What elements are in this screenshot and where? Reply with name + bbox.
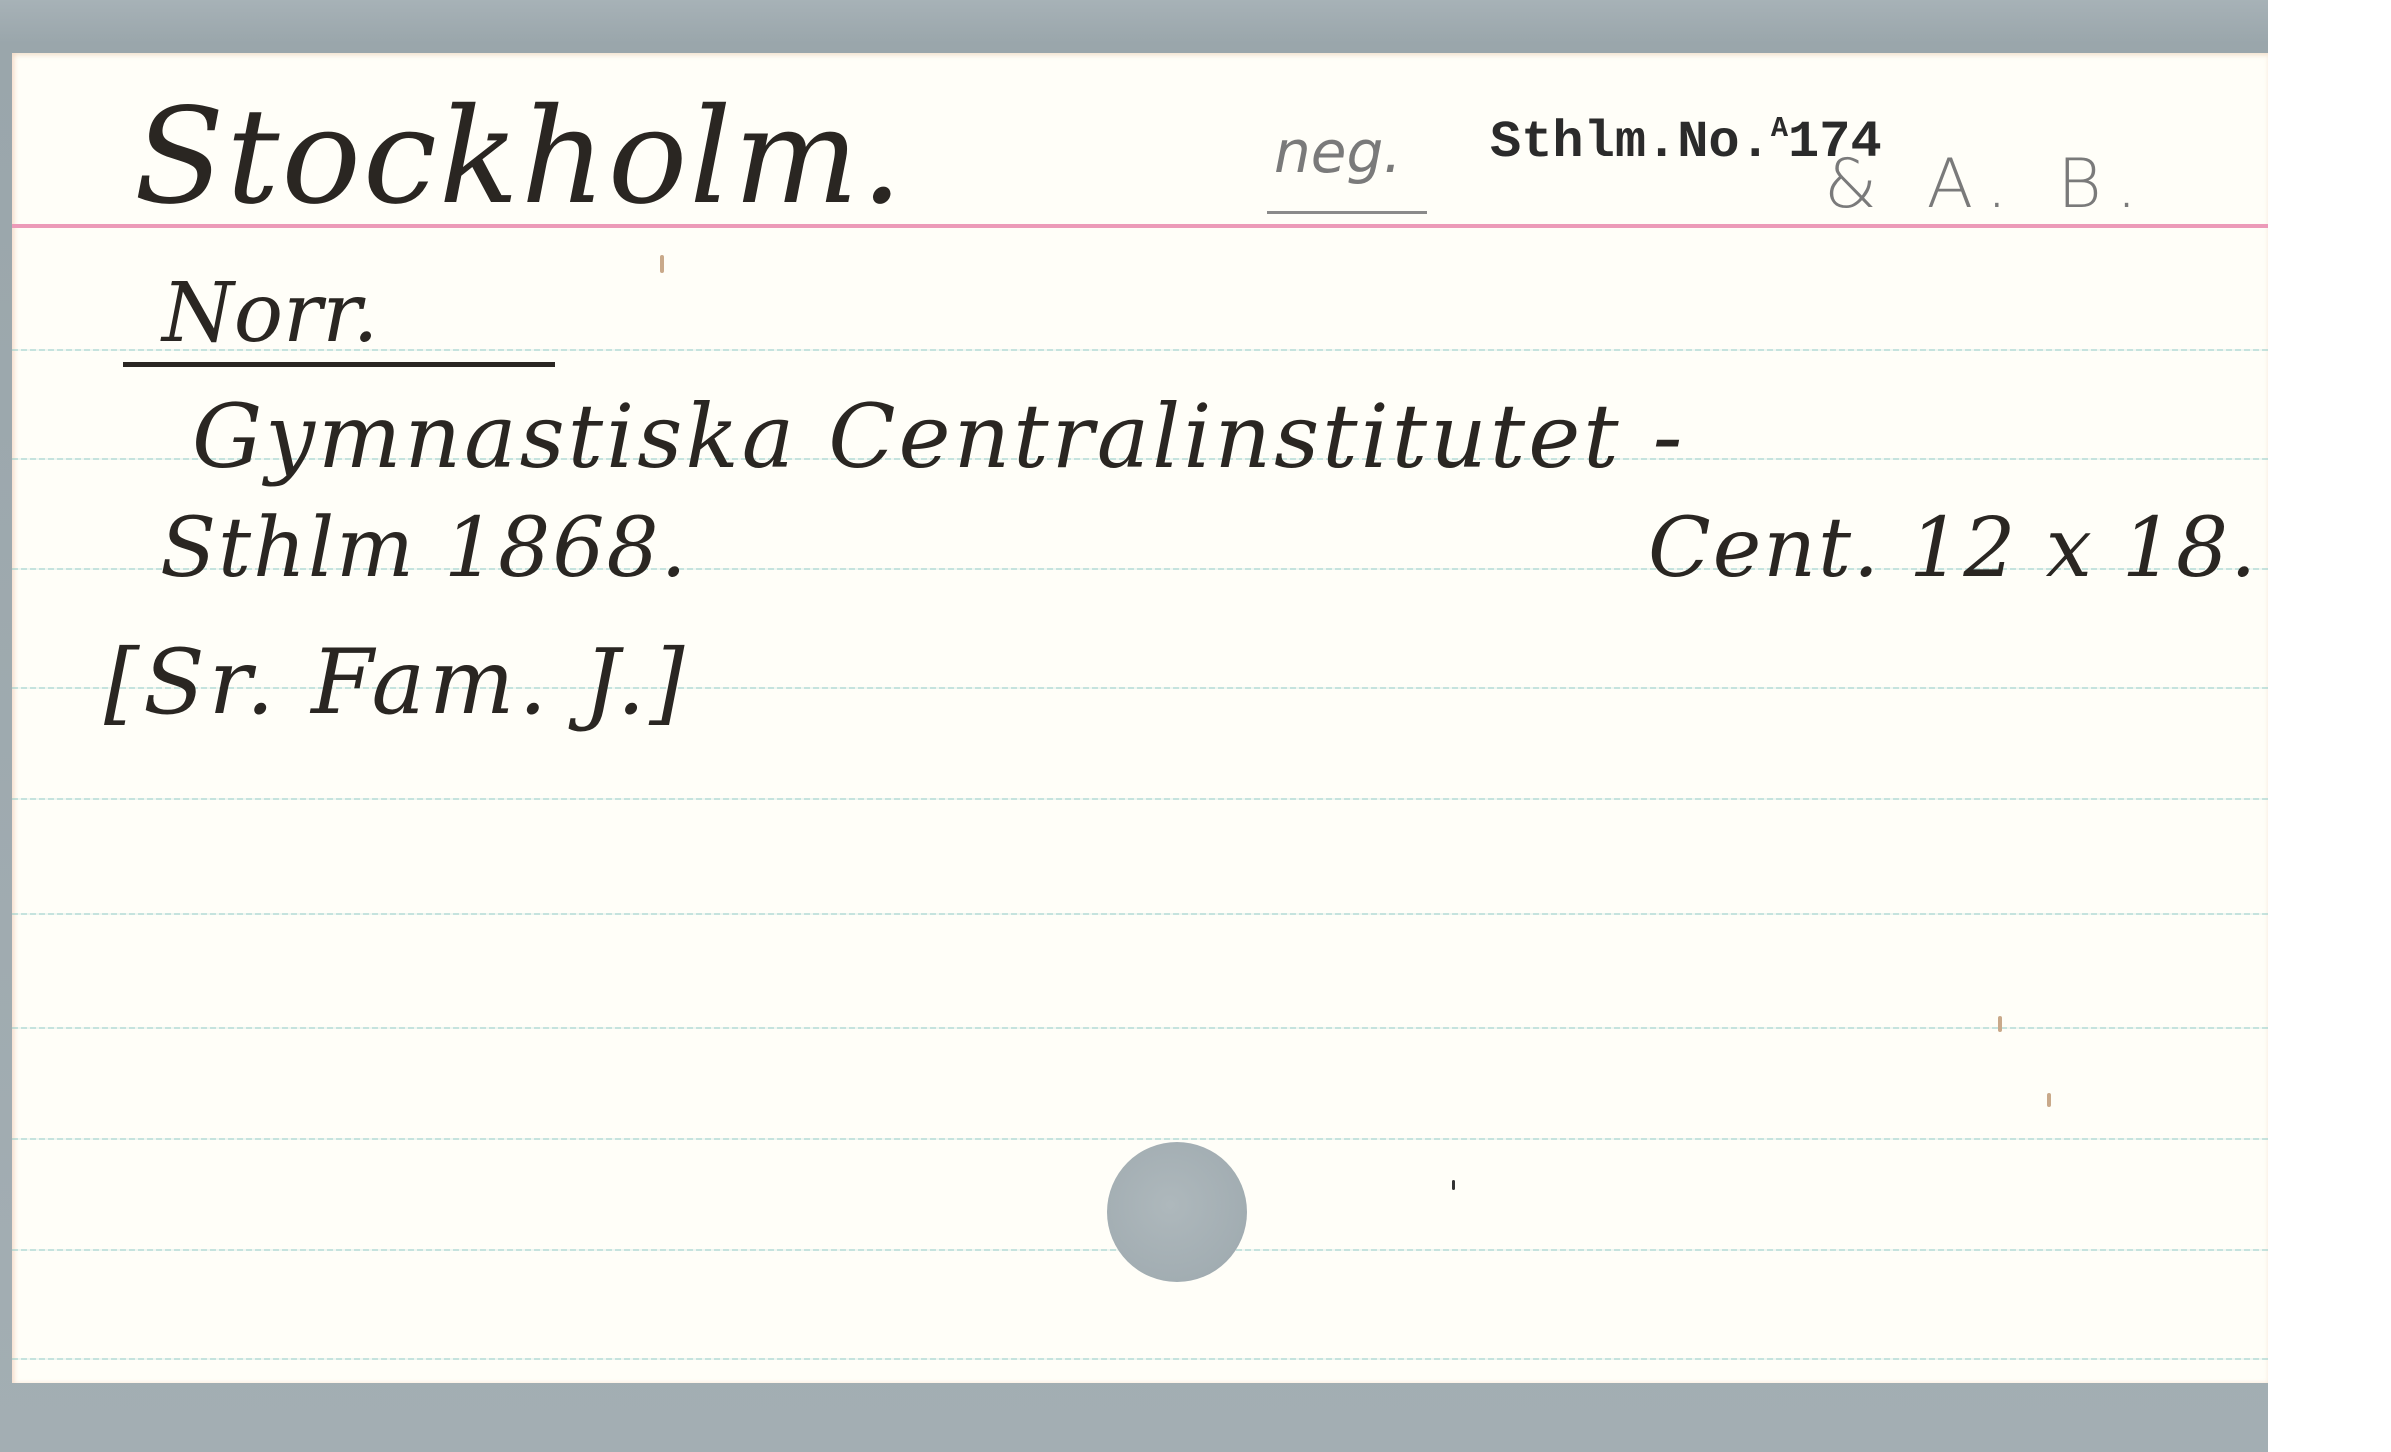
ruled-line [12, 798, 2268, 800]
dimensions: Cent. 12 x 18. [1648, 508, 2258, 590]
source-reference: [Sr. Fam. J.] [104, 638, 689, 728]
ab-annotation: & A. B. [1824, 151, 2151, 219]
ruled-line [12, 1358, 2268, 1360]
paper-speck [2047, 1093, 2051, 1107]
catalog-number-prefix: Sthlm.No. [1490, 113, 1771, 172]
ruled-line [12, 1027, 2268, 1029]
punch-hole [1107, 1142, 1247, 1282]
paper-speck [660, 255, 664, 273]
catalog-number: Sthlm.No.A174 [1490, 115, 1882, 169]
district-label: Norr. [162, 273, 379, 355]
card-heading: Stockholm. [134, 91, 905, 223]
place-year: Sthlm 1868. [160, 508, 689, 590]
paper-speck [1998, 1016, 2002, 1032]
ruled-line [12, 913, 2268, 915]
ruled-line [12, 1138, 2268, 1140]
catalog-number-superscript: A [1771, 112, 1788, 145]
card-title: Gymnastiska Centralinstitutet - [192, 393, 1685, 481]
district-underline [123, 362, 555, 367]
index-card: Stockholm. neg. Sthlm.No.A174 & A. B. No… [12, 53, 2268, 1383]
neg-underline [1267, 211, 1427, 214]
neg-annotation: neg. [1274, 123, 1402, 181]
paper-speck [1452, 1180, 1455, 1190]
